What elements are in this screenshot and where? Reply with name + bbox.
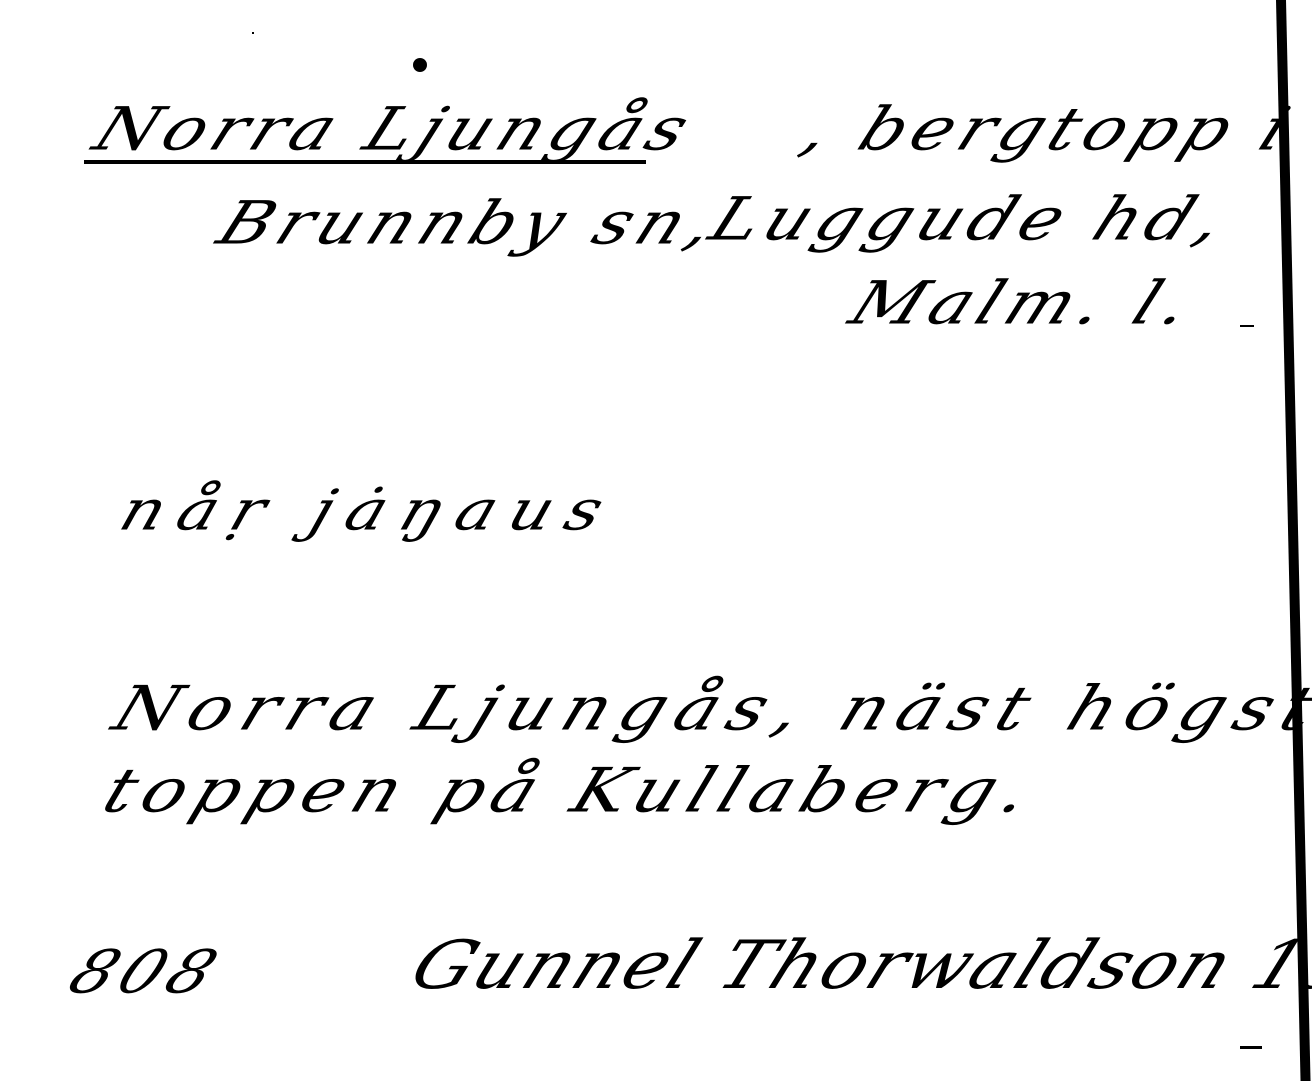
card-edge-border <box>1276 0 1311 1081</box>
scan-speck <box>252 32 254 34</box>
scan-speck <box>1240 1046 1262 1049</box>
archive-card: Norra Ljungås , bergtopp i Brunnby sn, L… <box>0 0 1312 1081</box>
place-name-underline <box>84 160 646 164</box>
scan-speck <box>1240 325 1254 327</box>
pronunciation-text: nåṛ jȧŋaus <box>112 478 626 543</box>
record-number: 808 <box>58 938 234 1007</box>
place-name-heading: Norra Ljungås <box>84 94 705 164</box>
place-description-line1: , bergtopp i <box>792 94 1306 164</box>
ink-blot <box>413 58 427 72</box>
body-line-1: Norra Ljungås, näst högsta <box>104 673 1312 744</box>
county-text: Malm. l. <box>840 268 1207 338</box>
body-line-2: toppen på Kullaberg. <box>94 755 1048 826</box>
author-signature: Gunnel Thorwaldson 1945. <box>400 927 1312 1004</box>
parish-text: Brunnby sn, <box>208 188 732 258</box>
district-text: Luggude hd, <box>700 184 1241 254</box>
